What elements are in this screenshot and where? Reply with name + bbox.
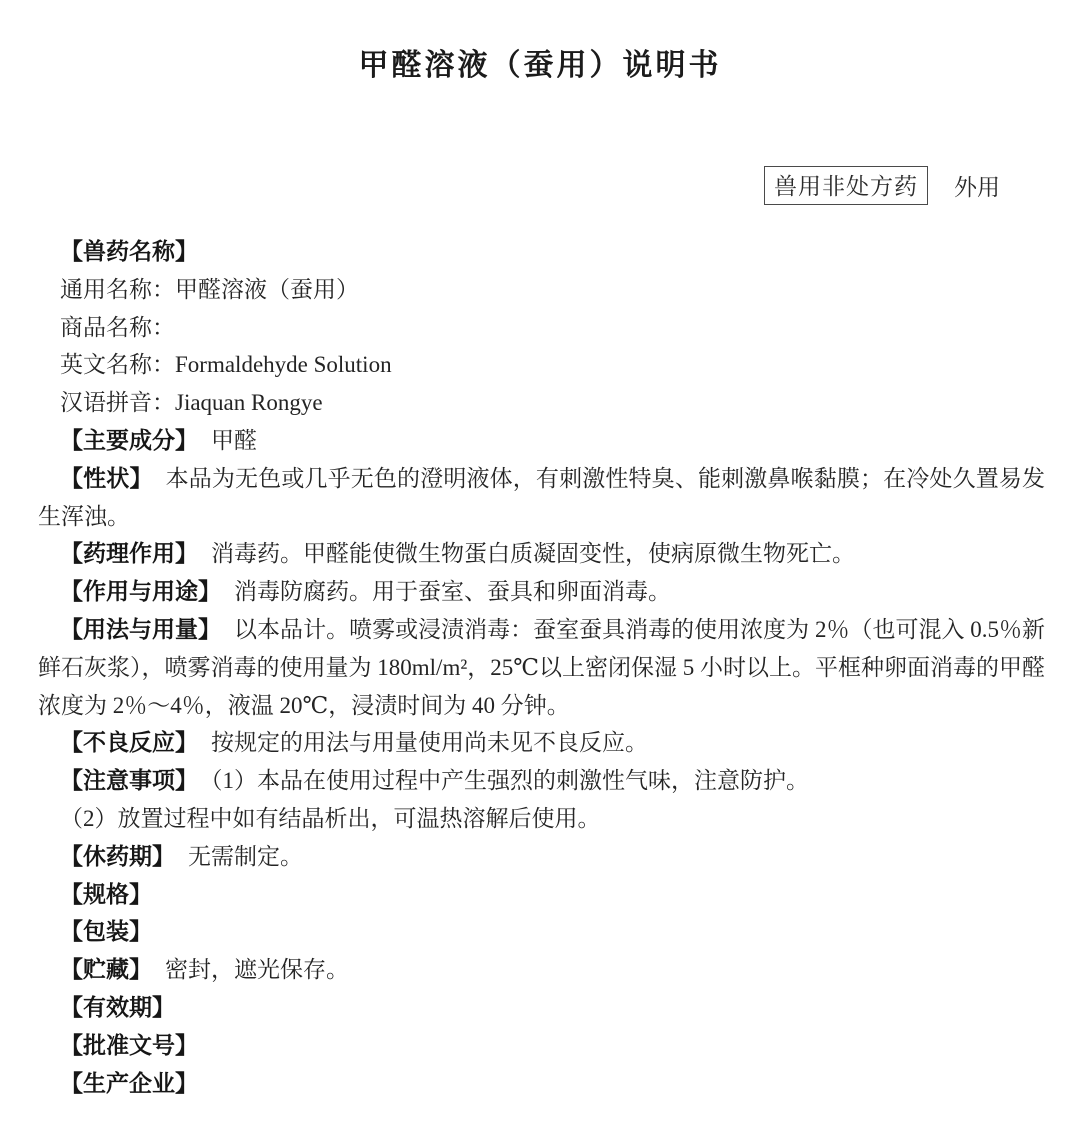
- section-function-use-text: 消毒防腐药。用于蚕室、蚕具和卵面消毒。: [234, 579, 671, 604]
- section-storage-label: 【贮藏】: [60, 956, 152, 982]
- section-precautions-label: 【注意事项】: [60, 767, 198, 793]
- section-properties: 【性状】本品为无色或几乎无色的澄明液体，有刺激性特臭、能刺激鼻喉黏膜；在冷处久置…: [38, 460, 1045, 536]
- section-expiry: 【有效期】: [38, 989, 1045, 1027]
- classification-row: 兽用非处方药 外用: [0, 166, 1000, 205]
- line-pinyin-name-text: 汉语拼音：Jiaquan Rongye: [60, 390, 323, 415]
- section-main-ingredients: 【主要成分】甲醛: [38, 422, 1045, 460]
- section-expiry-label: 【有效期】: [60, 994, 175, 1020]
- document-title: 甲醛溶液（蚕用）说明书: [0, 0, 1080, 84]
- line-english-name-text: 英文名称：Formaldehyde Solution: [60, 352, 392, 377]
- section-adverse-reactions-label: 【不良反应】: [60, 729, 198, 755]
- section-manufacturer-label: 【生产企业】: [60, 1070, 198, 1096]
- section-storage: 【贮藏】密封，遮光保存。: [38, 951, 1045, 989]
- line-precaution-2-text: （2）放置过程中如有结晶析出，可温热溶解后使用。: [60, 806, 601, 831]
- section-function-use: 【作用与用途】消毒防腐药。用于蚕室、蚕具和卵面消毒。: [38, 573, 1045, 611]
- line-trade-name: 商品名称：: [38, 309, 1045, 347]
- section-precautions: 【注意事项】（1）本品在使用过程中产生强烈的刺激性气味，注意防护。: [38, 762, 1045, 800]
- section-withdrawal-period-label: 【休药期】: [60, 843, 175, 869]
- section-dosage-label: 【用法与用量】: [60, 616, 221, 642]
- otc-badge: 兽用非处方药: [764, 166, 928, 205]
- section-main-ingredients-label: 【主要成分】: [60, 427, 198, 453]
- section-approval-number-label: 【批准文号】: [60, 1032, 198, 1058]
- leaflet-body: 【兽药名称】 通用名称：甲醛溶液（蚕用） 商品名称： 英文名称：Formalde…: [38, 233, 1045, 1102]
- line-pinyin-name: 汉语拼音：Jiaquan Rongye: [38, 384, 1045, 422]
- instruction-leaflet-page: 甲醛溶液（蚕用）说明书 兽用非处方药 外用 【兽药名称】 通用名称：甲醛溶液（蚕…: [0, 0, 1080, 1132]
- section-specification: 【规格】: [38, 876, 1045, 914]
- section-packaging-label: 【包装】: [60, 918, 152, 944]
- section-drug-name-heading: 【兽药名称】: [38, 233, 1045, 271]
- section-precautions-text: （1）本品在使用过程中产生强烈的刺激性气味，注意防护。: [211, 768, 809, 793]
- section-approval-number: 【批准文号】: [38, 1027, 1045, 1065]
- section-function-use-label: 【作用与用途】: [60, 578, 221, 604]
- section-withdrawal-period-text: 无需制定。: [188, 844, 303, 869]
- section-storage-text: 密封，遮光保存。: [165, 957, 349, 982]
- line-trade-name-text: 商品名称：: [60, 315, 175, 340]
- section-pharmacology: 【药理作用】消毒药。甲醛能使微生物蛋白质凝固变性，使病原微生物死亡。: [38, 535, 1045, 573]
- line-generic-name-text: 通用名称：甲醛溶液（蚕用）: [60, 277, 359, 302]
- section-pharmacology-text: 消毒药。甲醛能使微生物蛋白质凝固变性，使病原微生物死亡。: [211, 541, 855, 566]
- line-generic-name: 通用名称：甲醛溶液（蚕用）: [38, 271, 1045, 309]
- section-properties-label: 【性状】: [60, 465, 153, 491]
- section-specification-label: 【规格】: [60, 881, 152, 907]
- line-precaution-2: （2）放置过程中如有结晶析出，可温热溶解后使用。: [38, 800, 1045, 838]
- section-drug-name-label: 【兽药名称】: [60, 238, 198, 264]
- usage-label: 外用: [954, 169, 1000, 202]
- section-adverse-reactions-text: 按规定的用法与用量使用尚未见不良反应。: [211, 730, 648, 755]
- section-manufacturer: 【生产企业】: [38, 1065, 1045, 1103]
- section-packaging: 【包装】: [38, 913, 1045, 951]
- section-dosage: 【用法与用量】以本品计。喷雾或浸渍消毒：蚕室蚕具消毒的使用浓度为 2％（也可混入…: [38, 611, 1045, 724]
- section-pharmacology-label: 【药理作用】: [60, 540, 198, 566]
- section-main-ingredients-text: 甲醛: [211, 428, 257, 453]
- section-properties-text: 本品为无色或几乎无色的澄明液体，有刺激性特臭、能刺激鼻喉黏膜；在冷处久置易发生浑…: [38, 466, 1045, 529]
- section-adverse-reactions: 【不良反应】按规定的用法与用量使用尚未见不良反应。: [38, 724, 1045, 762]
- line-english-name: 英文名称：Formaldehyde Solution: [38, 346, 1045, 384]
- section-withdrawal-period: 【休药期】无需制定。: [38, 838, 1045, 876]
